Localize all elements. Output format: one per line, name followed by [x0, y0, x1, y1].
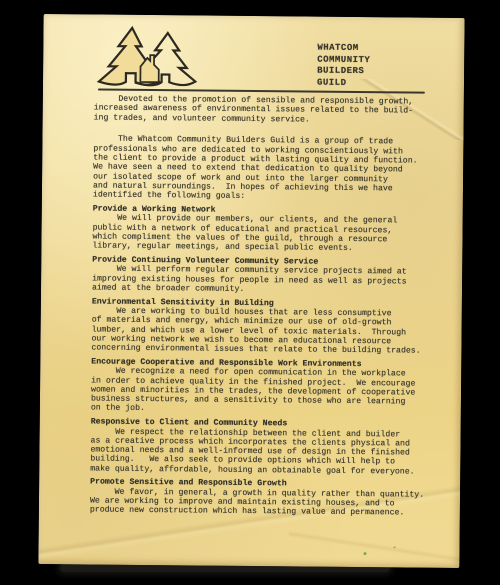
- section-body: We favor, in general, a growth in qualit…: [90, 487, 434, 518]
- pine-trees-house-logo-icon: [96, 25, 205, 90]
- section-body: We respect the relationship between the …: [90, 427, 434, 477]
- section-body: We recognize a need for open communicati…: [91, 367, 435, 417]
- section-body: We will perform regular community servic…: [92, 265, 436, 296]
- intro-paragraph: The Whatcom Community Builders Guild is …: [93, 135, 438, 203]
- tagline-paragraph: Devoted to the promotion of sensible and…: [94, 94, 438, 125]
- section-client-community-needs: Responsive to Client and Community Needs…: [90, 418, 435, 477]
- green-speck: [363, 552, 366, 555]
- section-environmental-sensitivity: Environmental Sensitivity in Building We…: [91, 297, 436, 356]
- section-working-network: Provide a Working Network We will provid…: [92, 204, 436, 254]
- section-cooperative-work: Encourage Cooperative and Responsible Wo…: [91, 357, 436, 416]
- photo-background: WHATCOM COMMUNITY BUILDERS GUILD Devoted…: [0, 0, 500, 585]
- green-speck: [394, 546, 396, 548]
- section-body: We will provide our members, our clients…: [92, 214, 436, 254]
- section-volunteer-service: Provide Continuing Volunteer Community S…: [92, 255, 436, 295]
- section-body: We are working to build houses that are …: [91, 306, 435, 356]
- section-responsible-growth: Promote Sensitive and Responsible Growth…: [90, 478, 434, 518]
- document-body: Devoted to the promotion of sensible and…: [90, 94, 438, 518]
- header-divider: [98, 89, 425, 94]
- document-paper: WHATCOM COMMUNITY BUILDERS GUILD Devoted…: [38, 14, 464, 568]
- org-name: WHATCOM COMMUNITY BUILDERS GUILD: [317, 43, 371, 90]
